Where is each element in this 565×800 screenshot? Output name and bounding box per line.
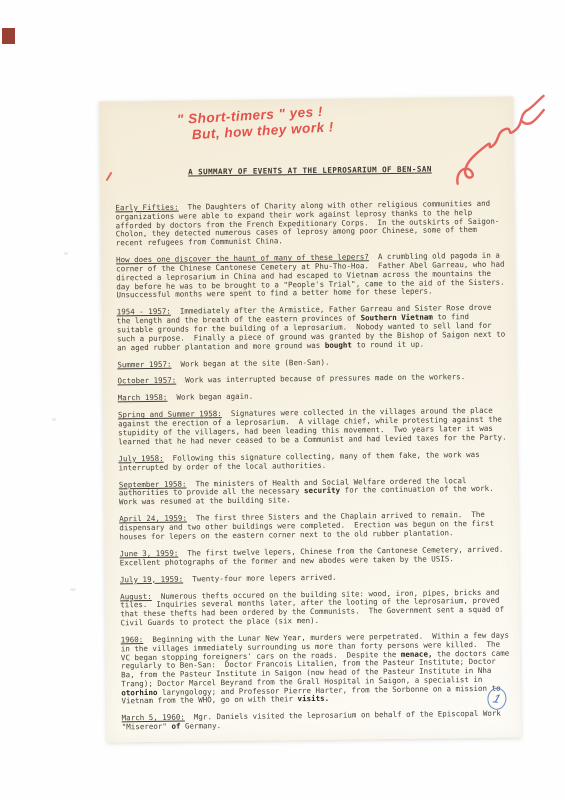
paper-speck bbox=[70, 588, 76, 591]
paragraph: Early Fifties: The Daughters of Charity … bbox=[115, 200, 506, 249]
paragraph: June 3, 1959: The first twelve lepers, C… bbox=[120, 545, 510, 567]
text-segment: Work began again. bbox=[167, 392, 253, 402]
scan-background: " Short-timers " yes ! But, how they wor… bbox=[0, 0, 565, 800]
scan-corner-mark bbox=[2, 28, 15, 44]
document-title: A SUMMARY OF EVENTS AT THE LEPROSARIUM O… bbox=[115, 164, 505, 178]
paragraph: 1954 - 1957: Immediately after the Armis… bbox=[117, 304, 508, 353]
text-segment: Following this signature collecting, man… bbox=[119, 450, 485, 472]
text-segment: Work began at the site (Ben-San). bbox=[171, 357, 329, 368]
paragraph-list: Early Fifties: The Daughters of Charity … bbox=[115, 200, 511, 733]
red-handwriting-note: " Short-timers " yes ! But, how they wor… bbox=[177, 103, 335, 144]
paragraph-heading: Summer 1957: bbox=[117, 359, 171, 369]
page-number: 1 bbox=[491, 692, 502, 706]
paragraph-heading: March 1958: bbox=[118, 393, 168, 403]
paragraph: September 1958: The ministers of Health … bbox=[119, 476, 509, 507]
paragraph: Spring and Summer 1958: Signatures were … bbox=[118, 407, 508, 447]
paper-speck bbox=[52, 418, 56, 421]
typewritten-text: A SUMMARY OF EVENTS AT THE LEPROSARIUM O… bbox=[115, 147, 512, 759]
bold-text-segment: of bbox=[171, 722, 180, 731]
paragraph: August: Numerous thefts occured on the b… bbox=[120, 588, 510, 628]
bold-text-segment: bought bbox=[325, 340, 352, 349]
paragraph: April 24, 1959: The first three Sisters … bbox=[119, 511, 509, 542]
text-segment: Numerous thefts occured on the building … bbox=[120, 587, 509, 627]
bold-text-segment: visits. bbox=[297, 694, 329, 703]
text-segment: Germany. bbox=[180, 721, 221, 730]
paragraph: October 1957: Work was interrupted becau… bbox=[117, 373, 507, 387]
bold-text-segment: security bbox=[304, 486, 340, 495]
document-page: " Short-timers " yes ! But, how they wor… bbox=[99, 96, 521, 742]
paragraph: July 19, 1959: Twenty-four more lepers a… bbox=[120, 571, 510, 585]
paragraph: Summer 1957: Work began at the site (Ben… bbox=[117, 356, 507, 370]
paragraph-heading: October 1957: bbox=[117, 376, 176, 386]
paragraph: March 5, 1960: Mgr. Daniels visited the … bbox=[122, 710, 512, 732]
paper-speck bbox=[64, 252, 68, 255]
text-segment: Twenty-four more lepers arrived. bbox=[183, 572, 337, 583]
paragraph: How does one discover the haunt of many … bbox=[116, 252, 507, 301]
text-segment: to round it up. bbox=[352, 339, 424, 349]
paragraph: July 1958: Following this signature coll… bbox=[118, 450, 508, 472]
paragraph-heading: July 19, 1959: bbox=[120, 574, 183, 584]
red-tick-mark bbox=[106, 172, 113, 182]
paragraph: 1960: Beginning with the Lunar New Year,… bbox=[121, 631, 512, 706]
text-segment: Work was interrupted because of pressure… bbox=[176, 373, 465, 386]
text-segment: The first twelve lepers, Chinese from th… bbox=[120, 544, 513, 567]
paragraph: March 1958: Work began again. bbox=[118, 390, 508, 404]
